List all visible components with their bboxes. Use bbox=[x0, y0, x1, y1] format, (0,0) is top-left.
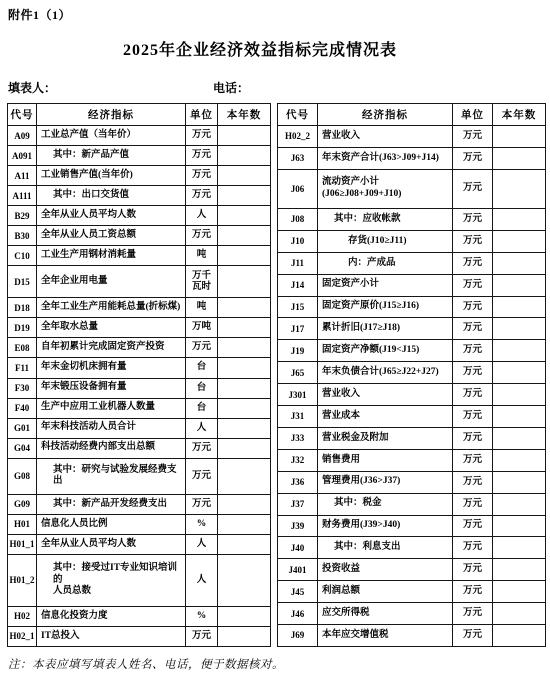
code-cell: F30 bbox=[8, 378, 37, 398]
table-row: J19固定资产净额(J19<J15)万元 bbox=[278, 340, 546, 362]
indicator-cell: 年末资产合计(J63>J09+J14) bbox=[318, 147, 453, 169]
indicators-table-right: 代号 经济指标 单位 本年数 H02_2营业收入万元J63年末资产合计(J63>… bbox=[277, 103, 546, 647]
indicators-table-left: 代号 经济指标 单位 本年数 A09工业总产值（当年价）万元A091其中：新产品… bbox=[7, 103, 271, 647]
unit-cell: 万元 bbox=[453, 471, 493, 493]
indicator-cell: 工业销售产值(当年价) bbox=[37, 166, 186, 186]
code-cell: G09 bbox=[8, 494, 37, 514]
unit-cell: % bbox=[186, 514, 218, 534]
unit-cell: 台 bbox=[186, 378, 218, 398]
table-header-row: 代号 经济指标 单位 本年数 bbox=[278, 104, 546, 126]
table-row: D18全年工业生产用能耗总量(折标煤)吨 bbox=[8, 298, 271, 318]
unit-cell: 万元 bbox=[453, 209, 493, 231]
value-cell bbox=[493, 318, 546, 340]
table-row: J37其中：税金万元 bbox=[278, 493, 546, 515]
indicator-cell: 全年从业人员工资总额 bbox=[37, 226, 186, 246]
indicator-cell: 信息化人员比例 bbox=[37, 514, 186, 534]
indicator-cell: 销售费用 bbox=[318, 449, 453, 471]
value-cell bbox=[493, 471, 546, 493]
column-header-code: 代号 bbox=[278, 104, 318, 126]
page-title: 2025年企业经济效益指标完成情况表 bbox=[0, 37, 520, 60]
unit-cell: 万元 bbox=[453, 274, 493, 296]
code-cell: J08 bbox=[278, 209, 318, 231]
value-cell bbox=[218, 378, 271, 398]
indicator-cell: 工业生产用钢材消耗量 bbox=[37, 246, 186, 266]
table-row: J63年末资产合计(J63>J09+J14)万元 bbox=[278, 147, 546, 169]
indicator-cell: 全年从业人员平均人数 bbox=[37, 534, 186, 554]
code-cell: H02 bbox=[8, 606, 37, 626]
indicator-cell: 其中：应收帐款 bbox=[318, 209, 453, 231]
value-cell bbox=[493, 169, 546, 208]
value-cell bbox=[218, 226, 271, 246]
code-cell: D19 bbox=[8, 318, 37, 338]
value-cell bbox=[493, 624, 546, 646]
unit-cell: 万元 bbox=[453, 559, 493, 581]
value-cell bbox=[493, 384, 546, 406]
column-header-code: 代号 bbox=[8, 104, 37, 126]
code-cell: H01_1 bbox=[8, 534, 37, 554]
unit-cell: 万元 bbox=[186, 226, 218, 246]
code-cell: F40 bbox=[8, 398, 37, 418]
unit-cell: 万元 bbox=[453, 493, 493, 515]
code-cell: J32 bbox=[278, 449, 318, 471]
unit-cell: 万元 bbox=[453, 515, 493, 537]
unit-cell: 人 bbox=[186, 206, 218, 226]
code-cell: B29 bbox=[8, 206, 37, 226]
unit-cell: 万元 bbox=[186, 126, 218, 146]
column-header-indicator: 经济指标 bbox=[318, 104, 453, 126]
code-cell: J46 bbox=[278, 603, 318, 625]
unit-cell: 人 bbox=[186, 418, 218, 438]
value-cell bbox=[218, 266, 271, 298]
indicator-cell: 固定资产小计 bbox=[318, 274, 453, 296]
unit-cell: 万吨 bbox=[186, 318, 218, 338]
unit-cell: 万元 bbox=[186, 494, 218, 514]
value-cell bbox=[493, 515, 546, 537]
value-cell bbox=[218, 458, 271, 494]
indicator-cell: 其中：新产品产值 bbox=[37, 146, 186, 166]
indicator-cell: 营业收入 bbox=[318, 384, 453, 406]
table-row: G08其中：研究与试验发展经费支出万元 bbox=[8, 458, 271, 494]
code-cell: A11 bbox=[8, 166, 37, 186]
table-row: H01信息化人员比例% bbox=[8, 514, 271, 534]
indicator-cell: 生产中应用工业机器人数量 bbox=[37, 398, 186, 418]
code-cell: G01 bbox=[8, 418, 37, 438]
code-cell: G04 bbox=[8, 438, 37, 458]
indicator-cell: 其中：税金 bbox=[318, 493, 453, 515]
table-row: J11内：产成品万元 bbox=[278, 252, 546, 274]
table-row: J33营业税金及附加万元 bbox=[278, 427, 546, 449]
footnote: 注：本表应填写填表人姓名、电话，便于数据核对。 bbox=[8, 656, 284, 672]
value-cell bbox=[493, 427, 546, 449]
value-cell bbox=[493, 537, 546, 559]
left-table-body: A09工业总产值（当年价）万元A091其中：新产品产值万元A11工业销售产值(当… bbox=[8, 126, 271, 647]
indicator-cell: 累计折旧(J17≥J18) bbox=[318, 318, 453, 340]
value-cell bbox=[493, 230, 546, 252]
unit-cell: 万千 瓦时 bbox=[186, 266, 218, 298]
code-cell: A09 bbox=[8, 126, 37, 146]
indicator-cell: 本年应交增值税 bbox=[318, 624, 453, 646]
unit-cell: 万元 bbox=[186, 186, 218, 206]
column-header-indicator: 经济指标 bbox=[37, 104, 186, 126]
unit-cell: 万元 bbox=[453, 427, 493, 449]
unit-cell: 万元 bbox=[186, 438, 218, 458]
value-cell bbox=[218, 126, 271, 146]
code-cell: J15 bbox=[278, 296, 318, 318]
table-row: J39财务费用(J39>J40)万元 bbox=[278, 515, 546, 537]
value-cell bbox=[493, 274, 546, 296]
indicator-cell: 营业收入 bbox=[318, 126, 453, 148]
table-row: G01年末科技活动人员合计人 bbox=[8, 418, 271, 438]
code-cell: J31 bbox=[278, 406, 318, 428]
indicator-cell: 全年工业生产用能耗总量(折标煤) bbox=[37, 298, 186, 318]
value-cell bbox=[218, 318, 271, 338]
unit-cell: 万元 bbox=[186, 166, 218, 186]
table-row: J32销售费用万元 bbox=[278, 449, 546, 471]
value-cell bbox=[493, 406, 546, 428]
value-cell bbox=[493, 340, 546, 362]
table-row: A091其中：新产品产值万元 bbox=[8, 146, 271, 166]
indicator-cell: 全年取水总量 bbox=[37, 318, 186, 338]
unit-cell: 万元 bbox=[186, 338, 218, 358]
table-row: J08其中：应收帐款万元 bbox=[278, 209, 546, 231]
column-header-value: 本年数 bbox=[493, 104, 546, 126]
indicator-cell: 科技活动经费内部支出总额 bbox=[37, 438, 186, 458]
value-cell bbox=[493, 449, 546, 471]
table-row: J31营业成本万元 bbox=[278, 406, 546, 428]
indicator-cell: 固定资产净额(J19<J15) bbox=[318, 340, 453, 362]
indicator-cell: 自年初累计完成固定资产投资 bbox=[37, 338, 186, 358]
indicator-cell: 年末科技活动人员合计 bbox=[37, 418, 186, 438]
code-cell: D15 bbox=[8, 266, 37, 298]
value-cell bbox=[493, 603, 546, 625]
unit-cell: 万元 bbox=[453, 362, 493, 384]
unit-cell: 万元 bbox=[453, 252, 493, 274]
unit-cell: 万元 bbox=[453, 449, 493, 471]
indicator-cell: 营业税金及附加 bbox=[318, 427, 453, 449]
table-row: A111其中：出口交货值万元 bbox=[8, 186, 271, 206]
unit-cell: 吨 bbox=[186, 246, 218, 266]
value-cell bbox=[218, 606, 271, 626]
unit-cell: 万元 bbox=[453, 581, 493, 603]
code-cell: C10 bbox=[8, 246, 37, 266]
table-row: H01_1全年从业人员平均人数人 bbox=[8, 534, 271, 554]
table-row: J301营业收入万元 bbox=[278, 384, 546, 406]
code-cell: J11 bbox=[278, 252, 318, 274]
table-row: J69本年应交增值税万元 bbox=[278, 624, 546, 646]
value-cell bbox=[493, 581, 546, 603]
column-header-unit: 单位 bbox=[186, 104, 218, 126]
table-row: J36管理费用(J36>J37)万元 bbox=[278, 471, 546, 493]
column-header-value: 本年数 bbox=[218, 104, 271, 126]
indicator-cell: 管理费用(J36>J37) bbox=[318, 471, 453, 493]
code-cell: G08 bbox=[8, 458, 37, 494]
table-row: J45利润总额万元 bbox=[278, 581, 546, 603]
unit-cell: 万元 bbox=[186, 626, 218, 646]
unit-cell: 万元 bbox=[453, 537, 493, 559]
table-row: J10存货(J10≥J11)万元 bbox=[278, 230, 546, 252]
table-row: H01_2其中：接受过IT专业知识培训的 人员总数人 bbox=[8, 554, 271, 606]
value-cell bbox=[493, 209, 546, 231]
table-row: A09工业总产值（当年价）万元 bbox=[8, 126, 271, 146]
indicator-cell: 投资收益 bbox=[318, 559, 453, 581]
code-cell: F11 bbox=[8, 358, 37, 378]
form-filler-label: 填表人： bbox=[8, 79, 56, 96]
unit-cell: 万元 bbox=[453, 340, 493, 362]
code-cell: B30 bbox=[8, 226, 37, 246]
unit-cell: 万元 bbox=[453, 603, 493, 625]
code-cell: J63 bbox=[278, 147, 318, 169]
value-cell bbox=[493, 126, 546, 148]
code-cell: D18 bbox=[8, 298, 37, 318]
attachment-label: 附件1（1） bbox=[8, 6, 71, 23]
code-cell: H01_2 bbox=[8, 554, 37, 606]
table-row: J40其中：利息支出万元 bbox=[278, 537, 546, 559]
value-cell bbox=[218, 534, 271, 554]
table-header-row: 代号 经济指标 单位 本年数 bbox=[8, 104, 271, 126]
code-cell: A091 bbox=[8, 146, 37, 166]
table-row: J06流动资产小计(J06≥J08+J09+J10)万元 bbox=[278, 169, 546, 208]
unit-cell: 万元 bbox=[453, 147, 493, 169]
code-cell: J17 bbox=[278, 318, 318, 340]
code-cell: J65 bbox=[278, 362, 318, 384]
table-row: A11工业销售产值(当年价)万元 bbox=[8, 166, 271, 186]
phone-label: 电话： bbox=[213, 79, 249, 96]
indicator-cell: 年末金切机床拥有量 bbox=[37, 358, 186, 378]
table-row: J14固定资产小计万元 bbox=[278, 274, 546, 296]
indicator-cell: 营业成本 bbox=[318, 406, 453, 428]
unit-cell: 万元 bbox=[453, 318, 493, 340]
code-cell: J45 bbox=[278, 581, 318, 603]
value-cell bbox=[493, 362, 546, 384]
unit-cell: 万元 bbox=[453, 384, 493, 406]
table-row: J15固定资产原价(J15≥J16)万元 bbox=[278, 296, 546, 318]
indicator-cell: 信息化投资力度 bbox=[37, 606, 186, 626]
value-cell bbox=[493, 296, 546, 318]
value-cell bbox=[218, 166, 271, 186]
value-cell bbox=[493, 252, 546, 274]
code-cell: J19 bbox=[278, 340, 318, 362]
indicator-cell: 其中：新产品开发经费支出 bbox=[37, 494, 186, 514]
document-page: 附件1（1） 2025年企业经济效益指标完成情况表 填表人： 电话： 代号 经济… bbox=[0, 0, 550, 684]
value-cell bbox=[218, 186, 271, 206]
unit-cell: 万元 bbox=[453, 126, 493, 148]
code-cell: J06 bbox=[278, 169, 318, 208]
value-cell bbox=[218, 438, 271, 458]
table-row: B30全年从业人员工资总额万元 bbox=[8, 226, 271, 246]
table-row: G09其中：新产品开发经费支出万元 bbox=[8, 494, 271, 514]
code-cell: J37 bbox=[278, 493, 318, 515]
value-cell bbox=[218, 494, 271, 514]
indicator-cell: 其中：出口交货值 bbox=[37, 186, 186, 206]
table-row: D15全年企业用电量万千 瓦时 bbox=[8, 266, 271, 298]
indicator-cell: 工业总产值（当年价） bbox=[37, 126, 186, 146]
code-cell: H01 bbox=[8, 514, 37, 534]
code-cell: J14 bbox=[278, 274, 318, 296]
indicator-cell: 固定资产原价(J15≥J16) bbox=[318, 296, 453, 318]
code-cell: J301 bbox=[278, 384, 318, 406]
indicator-cell: 存货(J10≥J11) bbox=[318, 230, 453, 252]
unit-cell: 万元 bbox=[186, 146, 218, 166]
value-cell bbox=[218, 146, 271, 166]
code-cell: J40 bbox=[278, 537, 318, 559]
value-cell bbox=[218, 298, 271, 318]
indicator-cell: 其中：利息支出 bbox=[318, 537, 453, 559]
table-row: J17累计折旧(J17≥J18)万元 bbox=[278, 318, 546, 340]
value-cell bbox=[218, 246, 271, 266]
value-cell bbox=[218, 358, 271, 378]
code-cell: J39 bbox=[278, 515, 318, 537]
code-cell: J69 bbox=[278, 624, 318, 646]
indicator-cell: 内：产成品 bbox=[318, 252, 453, 274]
code-cell: J401 bbox=[278, 559, 318, 581]
indicator-cell: 其中：接受过IT专业知识培训的 人员总数 bbox=[37, 554, 186, 606]
code-cell: H02_2 bbox=[278, 126, 318, 148]
value-cell bbox=[493, 493, 546, 515]
table-row: B29全年从业人员平均人数人 bbox=[8, 206, 271, 226]
indicator-cell: IT总投入 bbox=[37, 626, 186, 646]
table-row: F30年末锻压设备拥有量台 bbox=[8, 378, 271, 398]
unit-cell: % bbox=[186, 606, 218, 626]
indicator-cell: 应交所得税 bbox=[318, 603, 453, 625]
unit-cell: 台 bbox=[186, 358, 218, 378]
table-row: E08自年初累计完成固定资产投资万元 bbox=[8, 338, 271, 358]
unit-cell: 万元 bbox=[453, 624, 493, 646]
indicator-cell: 其中：研究与试验发展经费支出 bbox=[37, 458, 186, 494]
code-cell: H02_1 bbox=[8, 626, 37, 646]
indicator-cell: 流动资产小计(J06≥J08+J09+J10) bbox=[318, 169, 453, 208]
unit-cell: 万元 bbox=[453, 169, 493, 208]
value-cell bbox=[218, 398, 271, 418]
indicator-cell: 年末锻压设备拥有量 bbox=[37, 378, 186, 398]
value-cell bbox=[218, 206, 271, 226]
table-row: J46应交所得税万元 bbox=[278, 603, 546, 625]
right-table-body: H02_2营业收入万元J63年末资产合计(J63>J09+J14)万元J06流动… bbox=[278, 126, 546, 647]
table-row: H02_2营业收入万元 bbox=[278, 126, 546, 148]
table-row: J65年末负债合计(J65≥J22+J27)万元 bbox=[278, 362, 546, 384]
value-cell bbox=[218, 514, 271, 534]
column-header-unit: 单位 bbox=[453, 104, 493, 126]
value-cell bbox=[218, 626, 271, 646]
unit-cell: 万元 bbox=[453, 296, 493, 318]
table-row: D19全年取水总量万吨 bbox=[8, 318, 271, 338]
table-row: F40生产中应用工业机器人数量台 bbox=[8, 398, 271, 418]
indicator-cell: 财务费用(J39>J40) bbox=[318, 515, 453, 537]
indicator-cell: 年末负债合计(J65≥J22+J27) bbox=[318, 362, 453, 384]
table-row: H02_1IT总投入万元 bbox=[8, 626, 271, 646]
table-row: J401投资收益万元 bbox=[278, 559, 546, 581]
unit-cell: 万元 bbox=[453, 230, 493, 252]
code-cell: A111 bbox=[8, 186, 37, 206]
code-cell: J33 bbox=[278, 427, 318, 449]
unit-cell: 人 bbox=[186, 554, 218, 606]
code-cell: J10 bbox=[278, 230, 318, 252]
table-row: H02信息化投资力度% bbox=[8, 606, 271, 626]
indicator-cell: 全年企业用电量 bbox=[37, 266, 186, 298]
value-cell bbox=[218, 554, 271, 606]
indicator-cell: 全年从业人员平均人数 bbox=[37, 206, 186, 226]
value-cell bbox=[493, 559, 546, 581]
indicator-cell: 利润总额 bbox=[318, 581, 453, 603]
table-row: F11年末金切机床拥有量台 bbox=[8, 358, 271, 378]
unit-cell: 吨 bbox=[186, 298, 218, 318]
value-cell bbox=[218, 338, 271, 358]
table-row: G04科技活动经费内部支出总额万元 bbox=[8, 438, 271, 458]
code-cell: J36 bbox=[278, 471, 318, 493]
unit-cell: 万元 bbox=[186, 458, 218, 494]
code-cell: E08 bbox=[8, 338, 37, 358]
table-row: C10工业生产用钢材消耗量吨 bbox=[8, 246, 271, 266]
unit-cell: 万元 bbox=[453, 406, 493, 428]
value-cell bbox=[218, 418, 271, 438]
unit-cell: 人 bbox=[186, 534, 218, 554]
unit-cell: 台 bbox=[186, 398, 218, 418]
value-cell bbox=[493, 147, 546, 169]
